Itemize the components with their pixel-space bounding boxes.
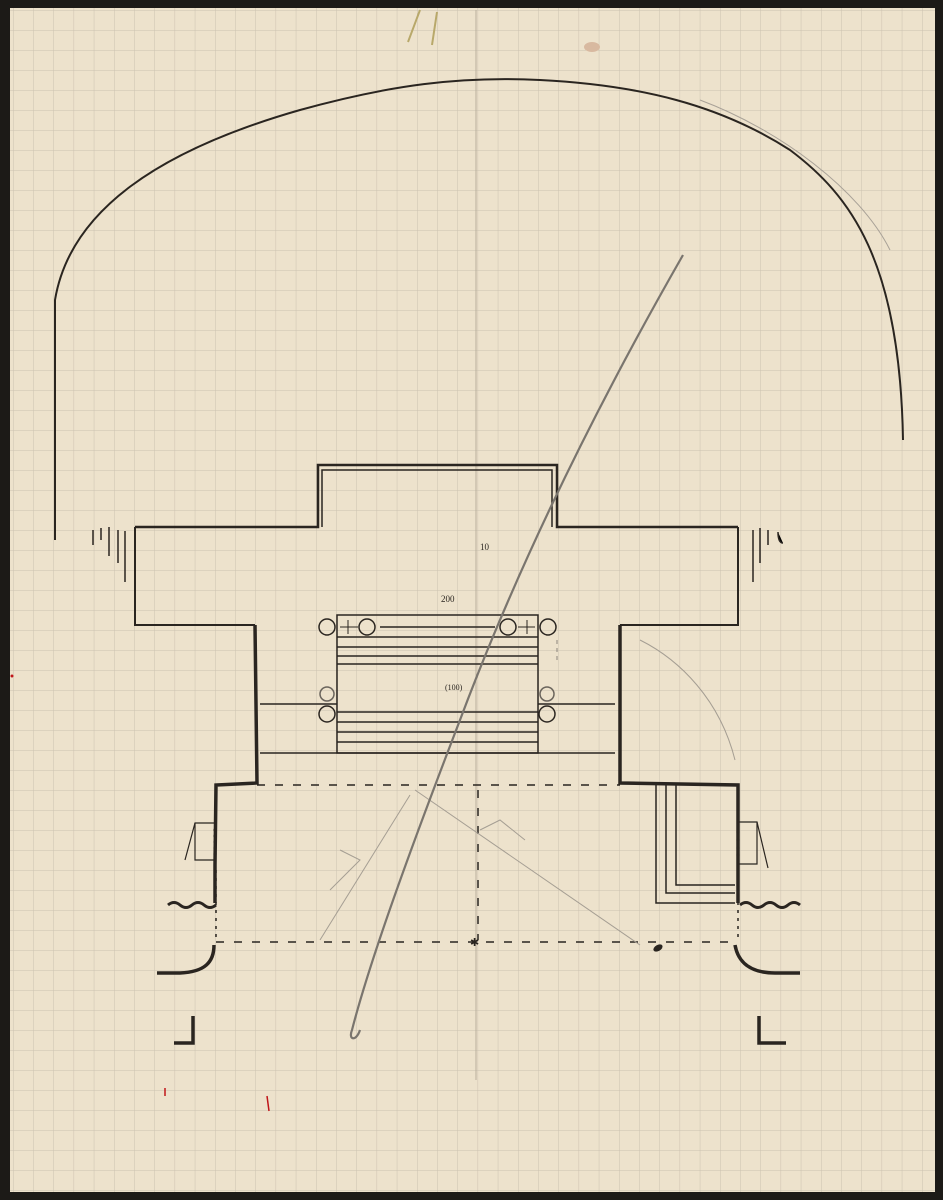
floor-plan-drawing: 10 200 (100) ✱: [0, 0, 943, 1200]
dimension-label-10: 10: [480, 542, 490, 552]
dimension-label-200: 200: [441, 594, 455, 604]
axis-cross-mark-icon: ✱: [470, 937, 479, 949]
grid-pattern: [10, 8, 935, 1192]
red-mark: [11, 675, 14, 678]
dimension-label-100: (100): [445, 683, 463, 692]
